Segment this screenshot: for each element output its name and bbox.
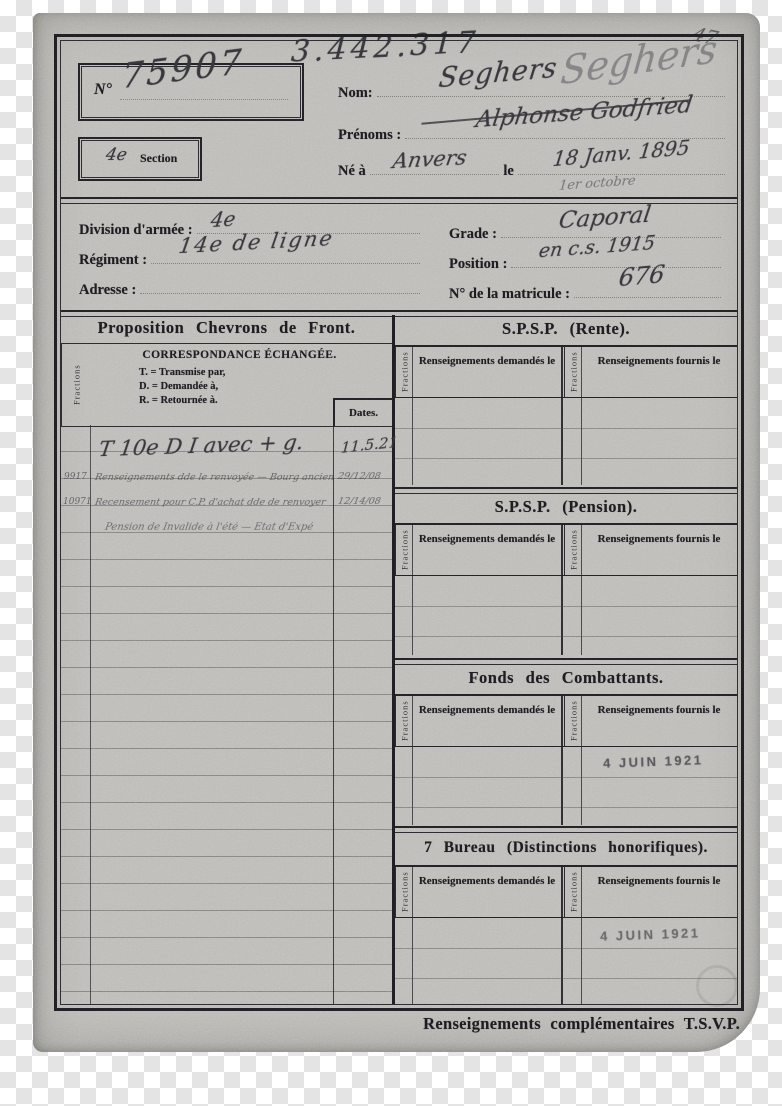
- section-rente: S.P.S.P. (Rente). Fractions Renseignemen…: [395, 315, 737, 487]
- form-frame-inner: N° 75907 4e Section Nom: Seghers Seghers: [60, 40, 738, 1005]
- section-label: Section: [140, 151, 177, 166]
- matricule-label: N° de la matricule :: [449, 286, 570, 303]
- fournis-header: Renseignements fournis le: [583, 525, 735, 582]
- entry-date: 11.5.21: [340, 433, 398, 457]
- birthplace-label: Né à: [338, 163, 366, 180]
- form-frame: N° 75907 4e Section Nom: Seghers Seghers: [54, 34, 744, 1011]
- fractions-column-line: [90, 425, 91, 1004]
- name-label: Nom:: [338, 85, 373, 102]
- legend-demandee: D. = Demandée à,: [139, 381, 218, 392]
- division-label: Division d'armée :: [79, 222, 193, 239]
- section-fonds: Fonds des Combattants. Fractions Renseig…: [395, 663, 737, 826]
- legend-transmise: T. = Transmise par,: [139, 367, 225, 378]
- fractions-column-label: Fractions: [395, 347, 413, 397]
- main-section: Proposition Chevrons de Front. Fractions…: [61, 315, 737, 1004]
- unit-section: Division d'armée : 4e Régiment : 14e de …: [61, 202, 737, 310]
- chevrons-title: Proposition Chevrons de Front.: [61, 318, 392, 338]
- demandes-header: Renseignements demandés le: [413, 525, 561, 582]
- registration-number-label: N°: [94, 81, 112, 99]
- chevrons-body: T 10e D I avec + g. 11.5.21 9917 Renseig…: [61, 425, 392, 1004]
- header-underline: [395, 746, 737, 747]
- position-label: Position :: [449, 256, 507, 273]
- fractions-column-label: Fractions: [61, 344, 91, 426]
- correspondance-box: Fractions CORRESPONDANCE ÉCHANGÉE. T. = …: [61, 343, 392, 427]
- registration-number-value: 75907: [121, 42, 245, 98]
- birthdate-le-label: le: [503, 163, 513, 180]
- fractions-column-label: Fractions: [564, 696, 582, 746]
- document-paper: 3.442.317 47 N° 75907 4e Section N: [33, 13, 760, 1052]
- entry-text: Pension de Invalide à l'été — Etat d'Exp…: [104, 522, 314, 533]
- entry-date: 12/14/08: [337, 496, 382, 507]
- section-pension-title: S.P.S.P. (Pension).: [395, 497, 737, 517]
- address-label: Adresse :: [79, 282, 136, 299]
- address-field: Adresse :: [79, 278, 424, 299]
- chevrons-panel: Proposition Chevrons de Front. Fractions…: [61, 315, 395, 1004]
- firstnames-label: Prénoms :: [338, 127, 401, 144]
- fractions-column-label: Fractions: [564, 347, 582, 397]
- demandes-header: Renseignements demandés le: [413, 867, 561, 924]
- section-pension-table: Fractions Renseignements demandés le Fra…: [395, 523, 737, 655]
- legend-retournee: R. = Retournée à.: [139, 395, 218, 406]
- demandes-header: Renseignements demandés le: [413, 347, 561, 404]
- entry-date: 29/12/08: [337, 471, 382, 482]
- division-value-handwritten: 4e: [209, 206, 237, 232]
- section-bureau: 7 Bureau (Distinctions honorifiques). Fr…: [395, 831, 737, 1004]
- matricule-value-handwritten: 676: [617, 260, 666, 292]
- section-pension: S.P.S.P. (Pension). Fractions Renseignem…: [395, 492, 737, 658]
- fractions-column-label: Fractions: [395, 867, 413, 917]
- entry-text: Renseignements dde le renvoyée — Bourg a…: [94, 472, 335, 483]
- section-value-handwritten: 4e: [104, 145, 128, 165]
- entry-fraction: 10971: [63, 497, 92, 507]
- grade-label: Grade :: [449, 226, 497, 243]
- matricule-field: N° de la matricule :: [449, 282, 725, 303]
- header-section: N° 75907 4e Section Nom: Seghers Seghers: [61, 41, 737, 197]
- table-body: [395, 577, 737, 655]
- registration-number-box: N° 75907: [78, 63, 304, 121]
- header-underline: [395, 397, 737, 398]
- dates-column-line: [333, 425, 334, 1004]
- section-fonds-title: Fonds des Combattants.: [395, 668, 737, 688]
- regiment-label: Régiment :: [79, 252, 147, 269]
- birthplace-value-handwritten: Anvers: [391, 145, 469, 173]
- section-bureau-title: 7 Bureau (Distinctions honorifiques).: [395, 839, 737, 857]
- header-underline: [395, 917, 737, 918]
- demandes-header: Renseignements demandés le: [413, 696, 561, 753]
- correspondance-title: CORRESPONDANCE ÉCHANGÉE.: [91, 349, 388, 361]
- footer-note: Renseignements complémentaires T.S.V.P.: [423, 1014, 740, 1034]
- section-bureau-table: Fractions Renseignements demandés le Fra…: [395, 865, 737, 1004]
- fractions-column-label: Fractions: [564, 867, 582, 917]
- header-underline: [395, 575, 737, 576]
- section-box: 4e Section: [78, 137, 202, 181]
- fournis-header: Renseignements fournis le: [583, 347, 735, 404]
- section-rente-table: Fractions Renseignements demandés le Fra…: [395, 345, 737, 485]
- entry-text: T 10e D I avec + g.: [97, 430, 305, 461]
- dates-column-header: Dates.: [333, 398, 392, 426]
- section-fonds-table: Fractions Renseignements demandés le Fra…: [395, 694, 737, 825]
- fournis-header: Renseignements fournis le: [583, 696, 735, 753]
- section-rente-title: S.P.S.P. (Rente).: [395, 319, 737, 339]
- fractions-column-label: Fractions: [395, 525, 413, 575]
- table-body: [395, 399, 737, 485]
- fractions-column-label: Fractions: [395, 696, 413, 746]
- entry-fraction: 9917: [64, 472, 87, 482]
- address-leader: [140, 278, 420, 294]
- fractions-column-label: Fractions: [564, 525, 582, 575]
- faint-round-stamp: [696, 965, 738, 1007]
- entry-text: Recensement pour C.P. d'achat dde de ren…: [94, 497, 327, 508]
- number-box-leader: [120, 99, 288, 100]
- fournis-header: Renseignements fournis le: [583, 867, 735, 924]
- right-panel: S.P.S.P. (Rente). Fractions Renseignemen…: [395, 315, 737, 1004]
